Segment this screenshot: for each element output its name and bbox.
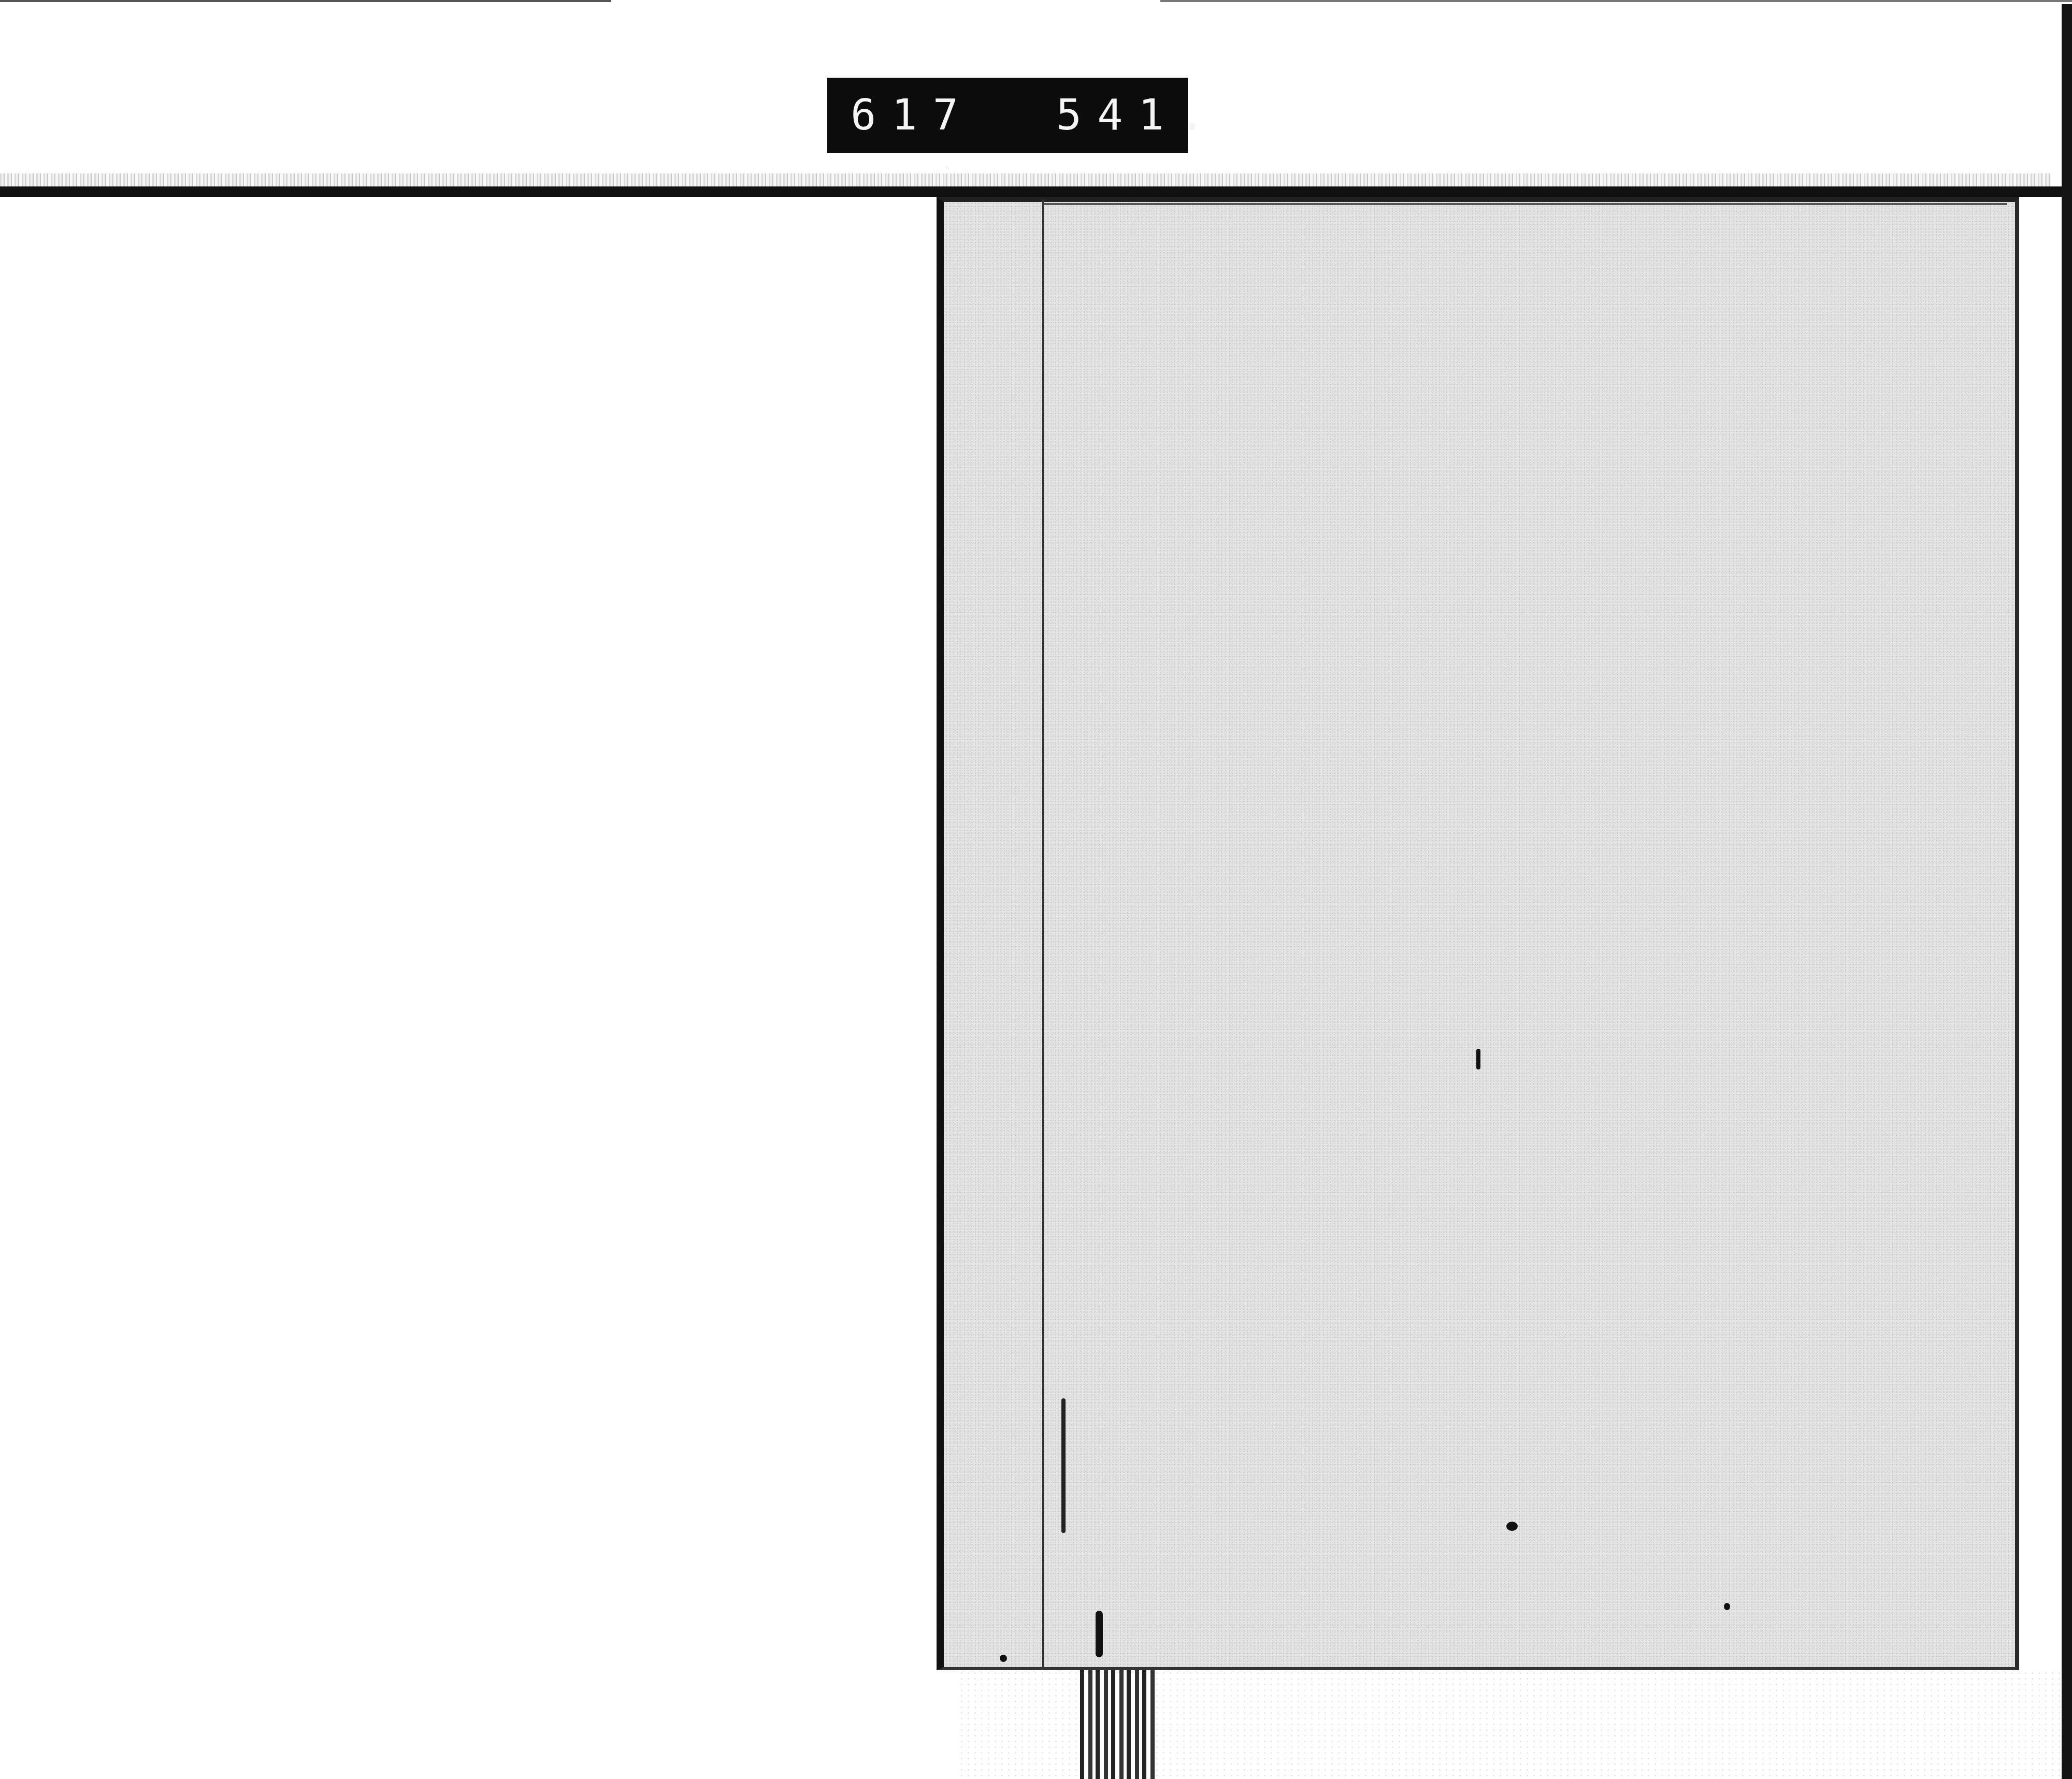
cover-spine-fold [1042,199,1044,1670]
ink-spot [1061,1398,1066,1533]
page-edges [1080,1670,1155,1779]
book-cover [937,197,2019,1670]
ink-spot [1476,1049,1480,1069]
ink-spot [1000,1655,1007,1662]
ink-spot [1096,1611,1103,1657]
ink-spot [1724,1603,1730,1610]
vertical-film-border [2062,4,2072,1779]
frame-counter-number: 617 541. [851,91,1220,140]
ink-spot [946,166,946,166]
top-band-shading [0,173,2051,188]
cover-top-edge [1044,203,2007,205]
film-top-edge [0,0,2072,2]
frame-counter: 617 541. [825,78,1188,153]
ink-spot [1506,1522,1518,1531]
horizontal-film-border [0,186,2062,197]
